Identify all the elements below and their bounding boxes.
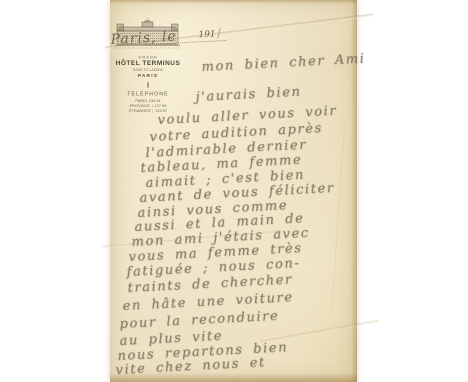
letterhead-fleuron-ornament	[147, 82, 149, 88]
telephone-heading: TÉLÉPHONE	[124, 91, 172, 97]
paper-top-edge	[110, 0, 357, 4]
paper-crease	[331, 120, 346, 310]
separator-bar: |	[152, 104, 153, 108]
telephone-line-number: 130.44	[149, 99, 161, 103]
telephone-line-province: PROVINCE | 127.99	[128, 104, 168, 108]
telephone-line-label: ÉTRANGER	[129, 109, 151, 113]
telephone-line-number: 127.99	[154, 104, 166, 108]
letterhead-city-label: PARIS	[126, 73, 169, 78]
letterhead-grand-label: GRAND	[130, 55, 166, 60]
photographed-letter: GRAND HÔTEL TERMINUS GARE ST LAZARE PARI…	[0, 0, 468, 382]
telephone-line-label: PARIS	[135, 99, 146, 103]
separator-bar: |	[152, 109, 153, 113]
telephone-line-paris: PARIS 130.44	[128, 99, 168, 103]
letterhead-hotel-name: HÔTEL TERMINUS	[112, 60, 184, 67]
dateline-year: 191	[198, 29, 216, 40]
letterhead-gare-label: GARE ST LAZARE	[132, 68, 164, 72]
telephone-line-label: PROVINCE	[130, 104, 150, 108]
